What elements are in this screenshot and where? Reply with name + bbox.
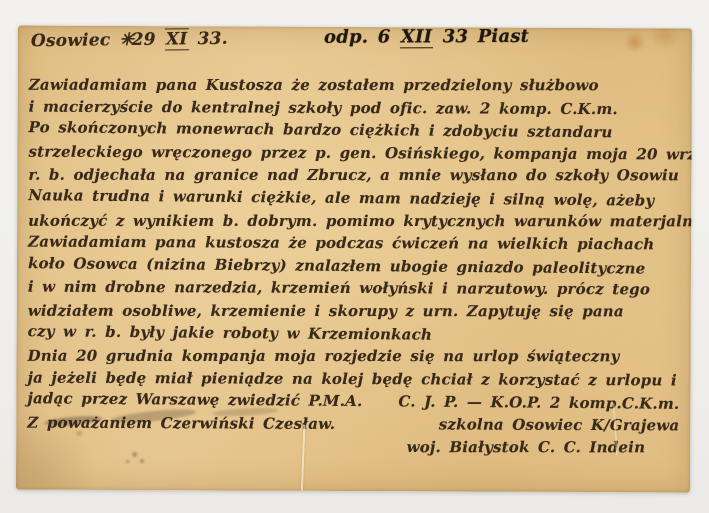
handwriting-line-13: Dnia 20 grudnia kompanja moja rozjedzie … bbox=[28, 345, 684, 368]
scratched-out-mark: ✳ bbox=[119, 30, 132, 50]
date-line: Osowiec ✳29 XI 33. bbox=[31, 29, 228, 52]
date-month-roman: XI bbox=[165, 28, 189, 50]
date-year: 33. bbox=[197, 29, 227, 49]
reply-suffix: 33 Piast bbox=[443, 26, 529, 47]
letter-body: Zawiadamiam pana Kustosza że zostałem pr… bbox=[27, 73, 685, 460]
handwriting-line-11: widziałem osobliwe, krzemienie i skorupy… bbox=[28, 300, 684, 323]
postcard: Osowiec ✳29 XI 33. odp. 6 XII 33 Piast Z… bbox=[16, 26, 692, 493]
sender-address-line: szkolna Osowiec K/Grajewa bbox=[439, 413, 684, 437]
handwriting-line-10: i w nim drobne narzedzia, krzemień wołyń… bbox=[28, 276, 684, 301]
handwriting-line-6: Nauka trudna i warunki ciężkie, ale mam … bbox=[28, 184, 684, 212]
date-day: 29 bbox=[132, 30, 156, 50]
handwriting-line-4: strzeleckiego wręczonego przez p. gen. O… bbox=[28, 140, 684, 165]
reply-prefix: odp. 6 bbox=[324, 26, 391, 47]
ink-speck bbox=[140, 459, 144, 463]
reply-month-roman: XII bbox=[400, 26, 434, 49]
ink-speck bbox=[76, 431, 82, 436]
handwriting-line-7: ukończyć z wynikiem b. dobrym. pomimo kr… bbox=[28, 209, 684, 232]
handwriting-line-12: czy w r. b. były jakie roboty w Krzemion… bbox=[28, 320, 684, 348]
scan-background: Osowiec ✳29 XI 33. odp. 6 XII 33 Piast Z… bbox=[0, 0, 709, 513]
place-name: Osowiec bbox=[31, 30, 111, 51]
ink-speck bbox=[126, 460, 129, 463]
reply-annotation: odp. 6 XII 33 Piast bbox=[324, 26, 529, 48]
handwriting-line-1: Zawiadamiam pana Kustosza że zostałem pr… bbox=[29, 74, 685, 97]
sender-region-line: woj. Białystok C. C. Indein bbox=[27, 435, 683, 458]
pma-visit-line: jadąc przez Warszawę zwiedzić P.M.A. bbox=[27, 387, 362, 413]
handwriting-line-5: r. b. odjechała na granice nad Zbrucz, a… bbox=[28, 164, 684, 187]
ink-speck bbox=[132, 452, 137, 457]
sender-unit-line: C. J. P. — K.O.P. 2 komp.C.K.m. bbox=[398, 391, 683, 416]
